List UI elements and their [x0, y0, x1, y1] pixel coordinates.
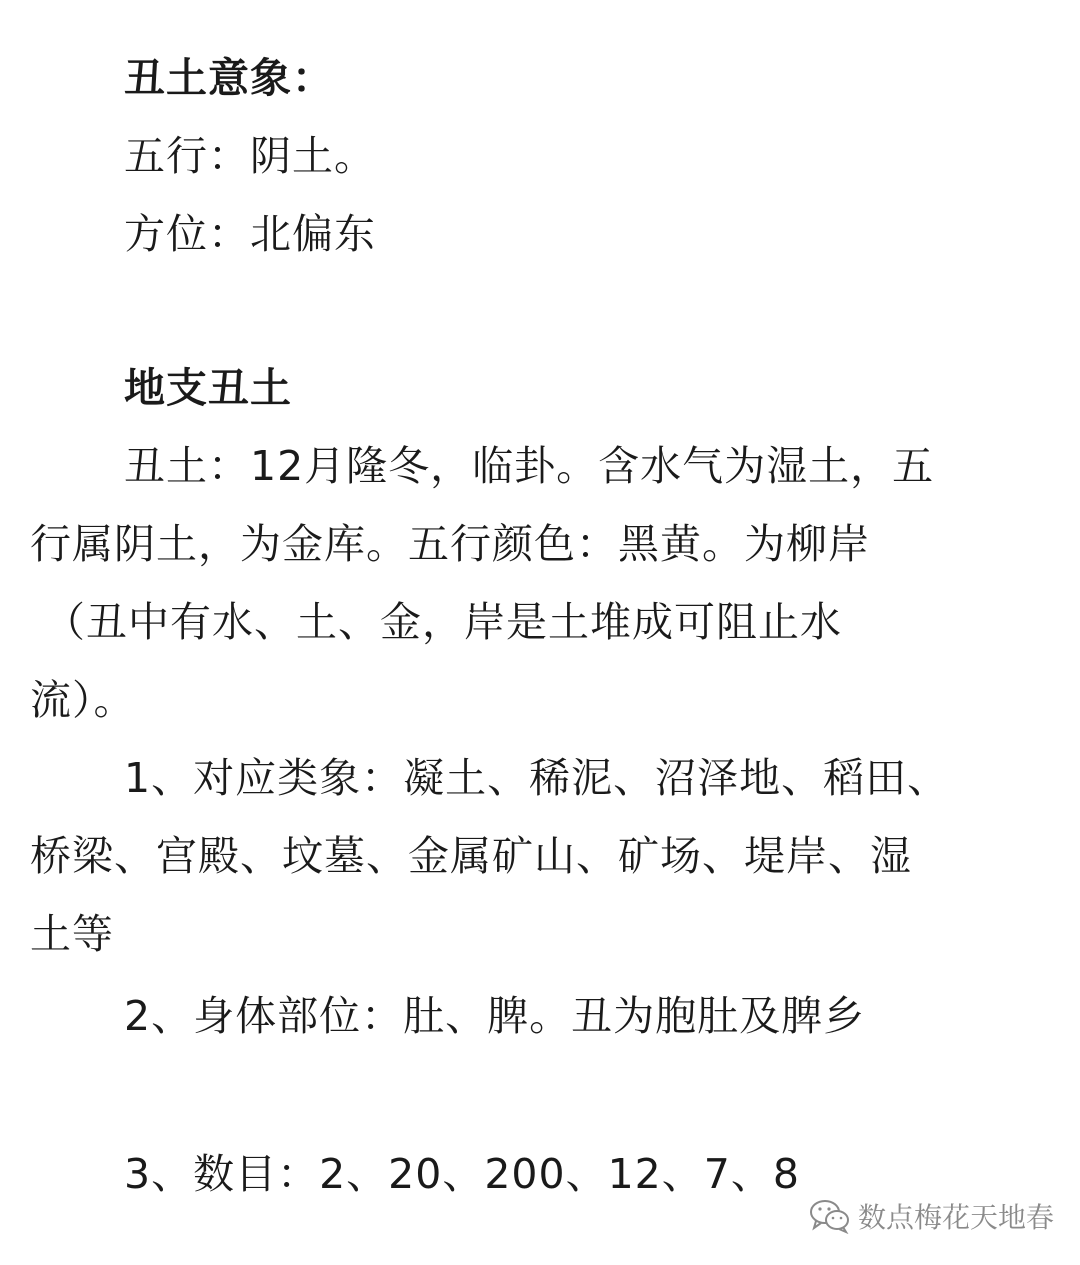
list-item-body-parts: 2、身体部位：肚、脾。丑为胞肚及脾乡	[124, 990, 865, 1042]
paragraph-line: （丑中有水、土、金，岸是土堆成可阻止水	[44, 596, 842, 648]
list-item-correspondences-cont: 桥梁、宫殿、坟墓、金属矿山、矿场、堤岸、湿	[30, 830, 912, 882]
list-item-correspondences: 1、对应类象：凝土、稀泥、沼泽地、稻田、	[124, 752, 949, 804]
watermark-text: 数点梅花天地春	[858, 1196, 1054, 1236]
section-title-chou-imagery: 丑土意象：	[124, 52, 334, 104]
paragraph-line: 行属阴土，为金库。五行颜色：黑黄。为柳岸	[30, 518, 870, 570]
watermark: 数点梅花天地春	[808, 1196, 1054, 1236]
wuxing-line: 五行：阴土。	[124, 130, 376, 182]
list-item-numbers: 3、数目：2、20、200、12、7、8	[124, 1148, 800, 1200]
list-item-correspondences-cont: 土等	[30, 908, 114, 960]
paragraph-line: 流）。	[30, 674, 136, 726]
direction-line: 方位：北偏东	[124, 208, 376, 260]
section-title-earthly-branch: 地支丑土	[124, 362, 292, 414]
wechat-icon	[808, 1196, 852, 1236]
paragraph-line: 丑土：12月隆冬，临卦。含水气为湿土，五	[124, 440, 934, 492]
